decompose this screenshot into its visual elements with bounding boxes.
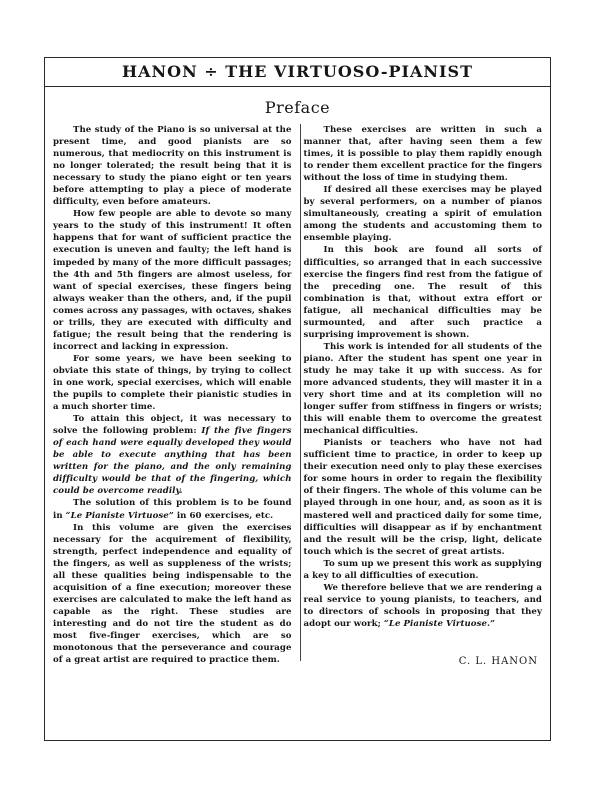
- book-title: “Le Pianiste Virtuose.”: [384, 619, 495, 629]
- two-column-body: The study of the Piano is so universal a…: [53, 124, 542, 668]
- paragraph: To sum up we present this work as supply…: [304, 558, 543, 582]
- right-column: These exercises are written in such a ma…: [296, 124, 543, 668]
- paragraph: The solution of this problem is to be fo…: [53, 497, 292, 521]
- paragraph: Pianists or teachers who have not had su…: [304, 437, 543, 557]
- left-column: The study of the Piano is so universal a…: [53, 124, 296, 668]
- paragraph: For some years, we have been seeking to …: [53, 353, 292, 413]
- italic-emphasis: If the five fingers of each hand were eq…: [53, 426, 292, 496]
- paragraph: If desired all these exercises may be pl…: [304, 184, 543, 244]
- paragraph: In this volume are given the exercises n…: [53, 522, 292, 667]
- paragraph: In this book are found all sorts of diff…: [304, 244, 543, 340]
- paragraph-text: in 60 exercises, etc.: [174, 511, 273, 521]
- paragraph: To attain this object, it was necessary …: [53, 413, 292, 497]
- paragraph: How few people are able to devote so man…: [53, 208, 292, 353]
- paragraph: This work is intended for all students o…: [304, 341, 543, 437]
- book-title: “Le Pianiste Virtuose”: [66, 511, 174, 521]
- paragraph: The study of the Piano is so universal a…: [53, 124, 292, 208]
- author-signature: C. L. HANON: [304, 656, 543, 668]
- paragraph: These exercises are written in such a ma…: [304, 124, 543, 184]
- page-frame: HANON ÷ THE VIRTUOSO-PIANIST Preface The…: [44, 57, 551, 741]
- running-header: HANON ÷ THE VIRTUOSO-PIANIST: [45, 58, 550, 87]
- paragraph: We therefore believe that we are renderi…: [304, 582, 543, 630]
- page-title: Preface: [45, 98, 550, 117]
